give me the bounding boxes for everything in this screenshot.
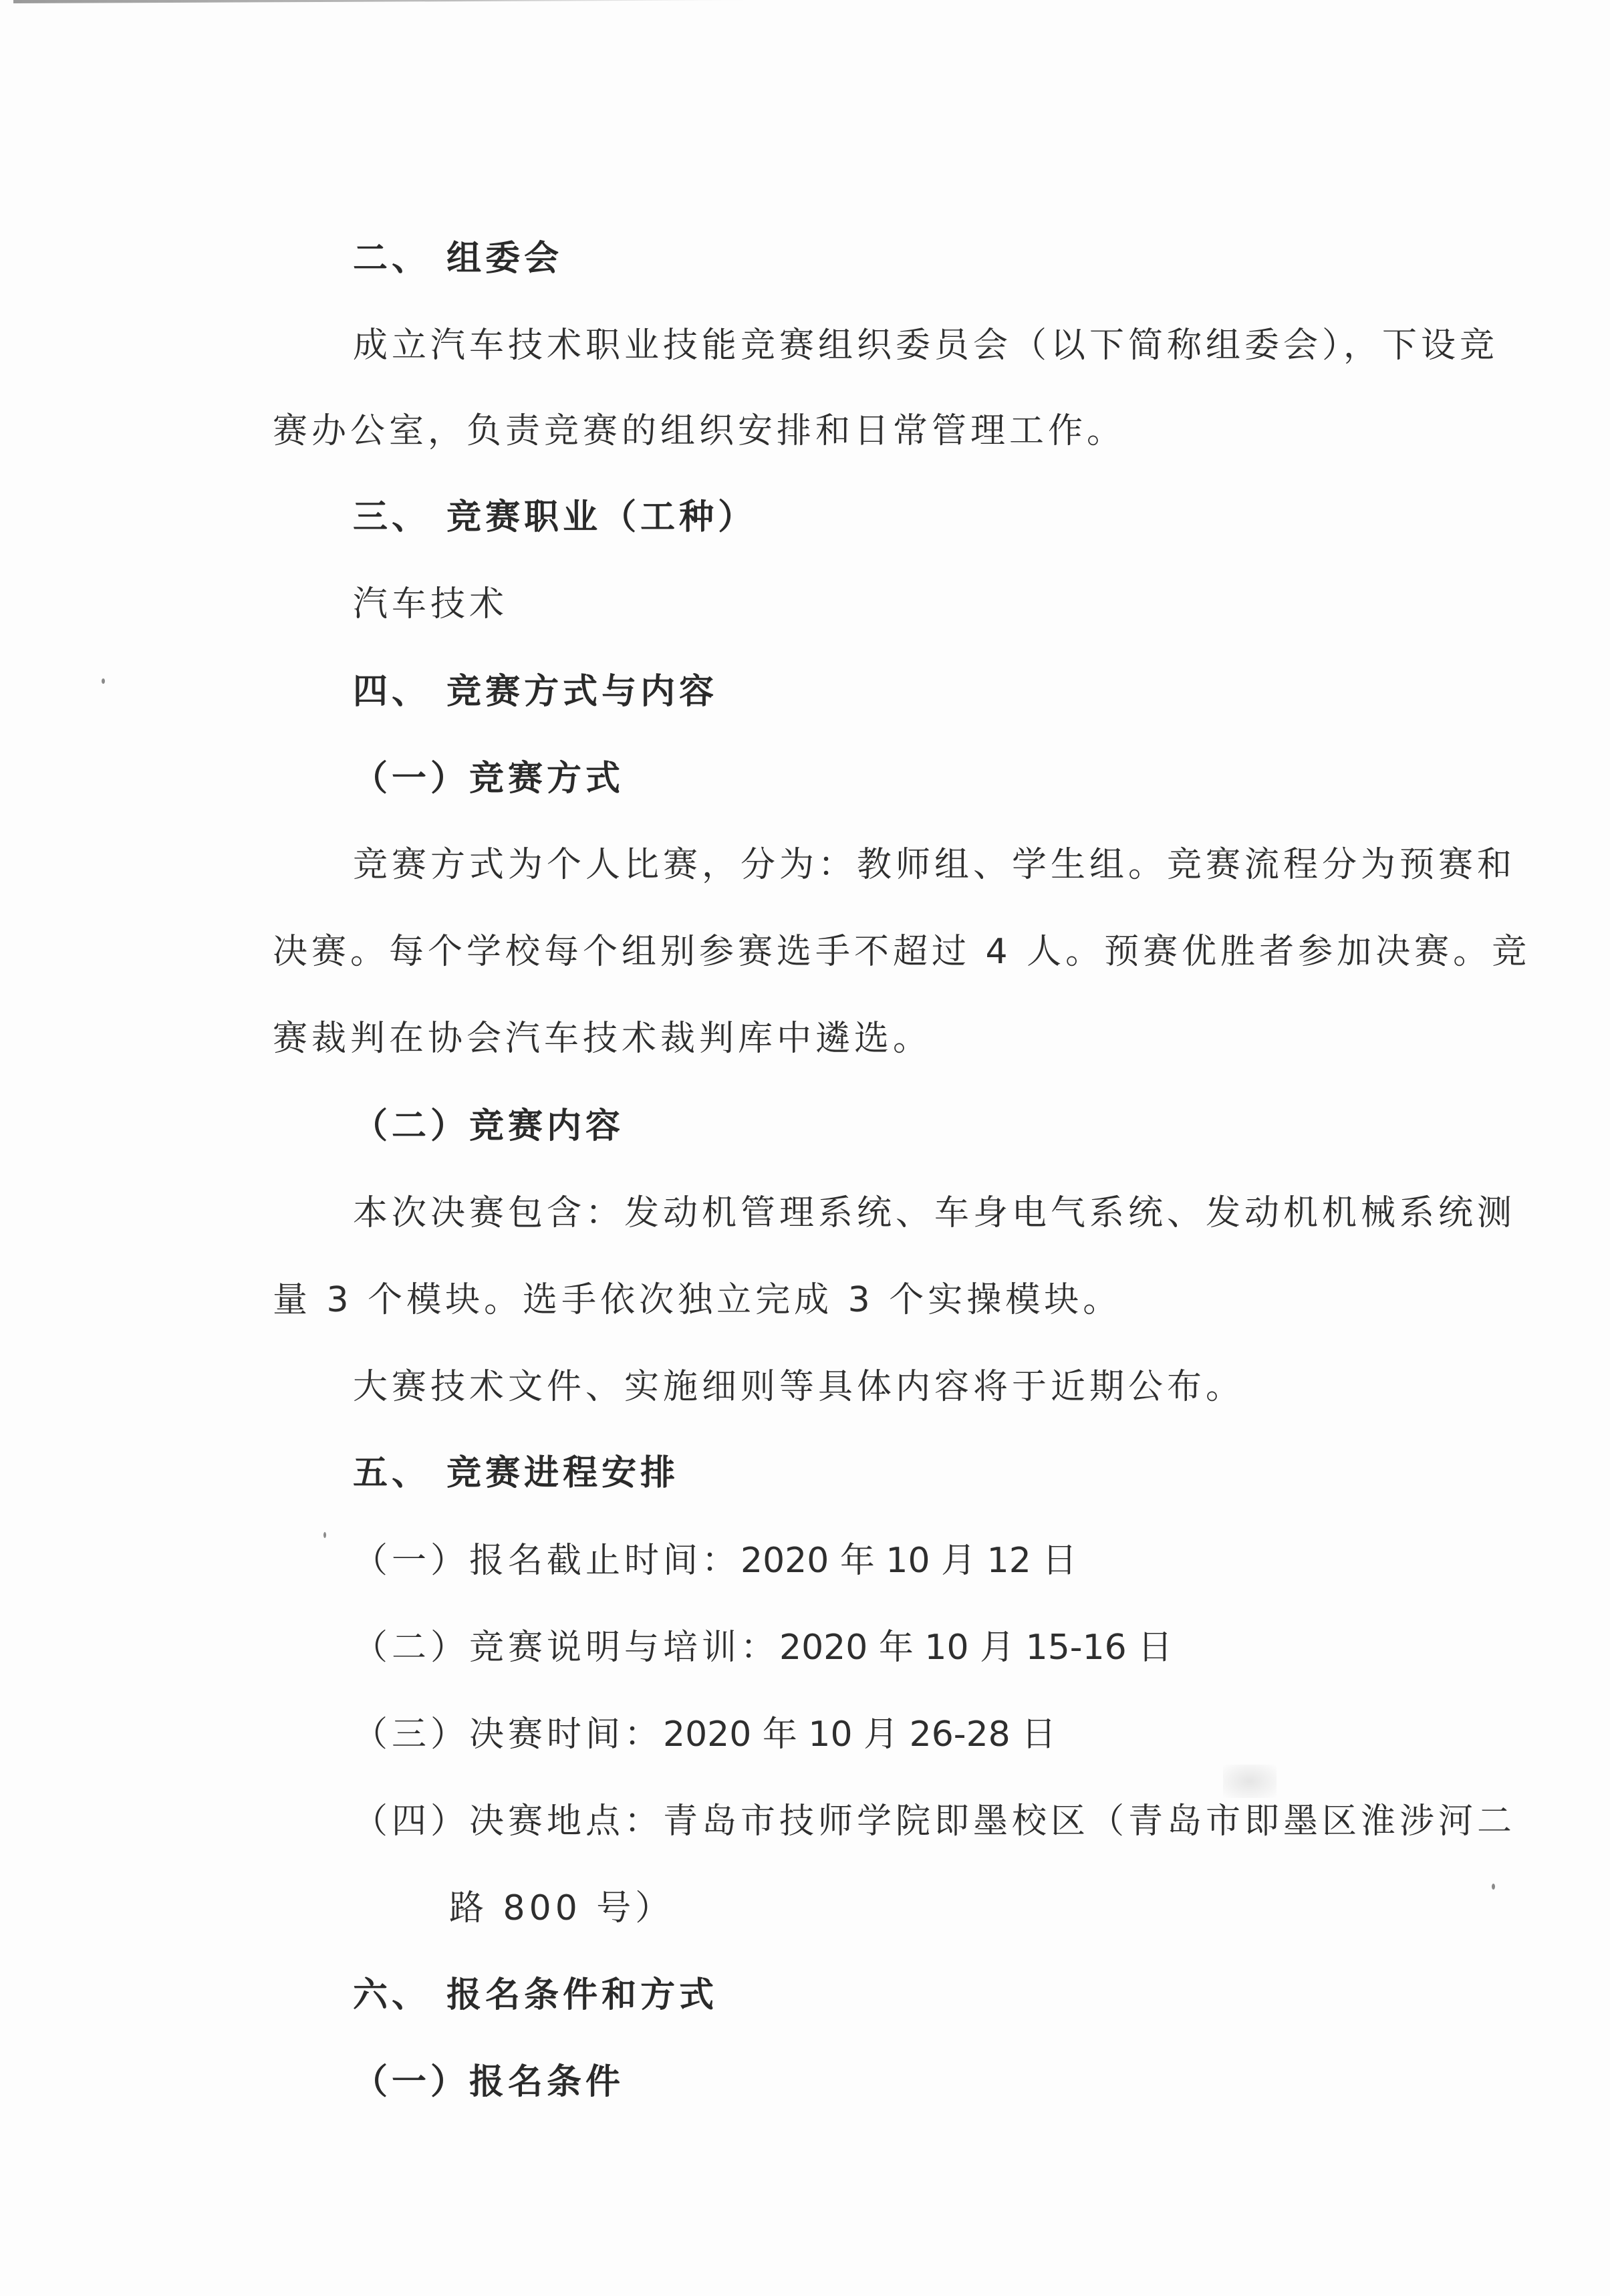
schedule-item: （四）决赛地点：青岛市技师学院即墨校区（青岛市即墨区淮涉河二 (353, 1800, 1516, 1843)
schedule-item-value: 2020 年 10 月 15-16 日 (779, 1628, 1172, 1668)
schedule-item: （三）决赛时间：2020 年 10 月 26-28 日 (353, 1713, 1056, 1756)
paragraph-line: 成立汽车技术职业技能竞赛组织委员会（以下简称组委会），下设竞 (353, 324, 1498, 367)
subsection-heading: （二）竞赛内容 (353, 1105, 624, 1148)
schedule-item-value: 2020 年 10 月 26-28 日 (663, 1714, 1056, 1755)
schedule-item-value: 2020 年 10 月 12 日 (741, 1541, 1077, 1581)
schedule-item-label: （三）决赛时间： (353, 1714, 663, 1755)
section-heading-5: 五、 竞赛进程安排 (353, 1452, 679, 1495)
document-page: 二、 组委会 成立汽车技术职业技能竞赛组织委员会（以下简称组委会），下设竞 赛办… (0, 0, 1610, 2296)
section-heading-3: 三、 竞赛职业（工种） (353, 496, 757, 539)
section-heading-2: 二、 组委会 (353, 237, 563, 280)
paragraph-line: 大赛技术文件、实施细则等具体内容将于近期公布。 (353, 1366, 1244, 1408)
paragraph-line: 竞赛方式为个人比赛，分为：教师组、学生组。竞赛流程分为预赛和 (353, 844, 1516, 886)
schedule-item: （一）报名截止时间：2020 年 10 月 12 日 (353, 1539, 1077, 1582)
paragraph-line: 量 3 个模块。选手依次独立完成 3 个实操模块。 (273, 1279, 1121, 1321)
schedule-item-label: （二）竞赛说明与培训： (353, 1628, 779, 1668)
paragraph-line: 汽车技术 (353, 583, 508, 626)
paragraph-line: 决赛。每个学校每个组别参赛选手不超过 4 人。预赛优胜者参加决赛。竞 (273, 930, 1530, 973)
paragraph-line: 赛裁判在协会汽车技术裁判库中遴选。 (273, 1017, 932, 1060)
schedule-item-continuation: 路 800 号） (449, 1887, 674, 1930)
schedule-item-label: （四）决赛地点： (353, 1801, 663, 1841)
schedule-item-label: （一）报名截止时间： (353, 1541, 741, 1581)
paragraph-line: 赛办公室，负责竞赛的组织安排和日常管理工作。 (273, 410, 1125, 453)
schedule-item: （二）竞赛说明与培训：2020 年 10 月 15-16 日 (353, 1626, 1172, 1669)
subsection-heading: （一）报名条件 (353, 2061, 624, 2103)
paragraph-line: 本次决赛包含：发动机管理系统、车身电气系统、发动机机械系统测 (353, 1192, 1516, 1235)
section-heading-4: 四、 竞赛方式与内容 (353, 670, 718, 713)
subsection-heading: （一）竞赛方式 (353, 757, 624, 800)
schedule-item-value: 青岛市技师学院即墨校区（青岛市即墨区淮涉河二 (663, 1801, 1516, 1841)
section-heading-6: 六、 报名条件和方式 (353, 1974, 718, 2017)
